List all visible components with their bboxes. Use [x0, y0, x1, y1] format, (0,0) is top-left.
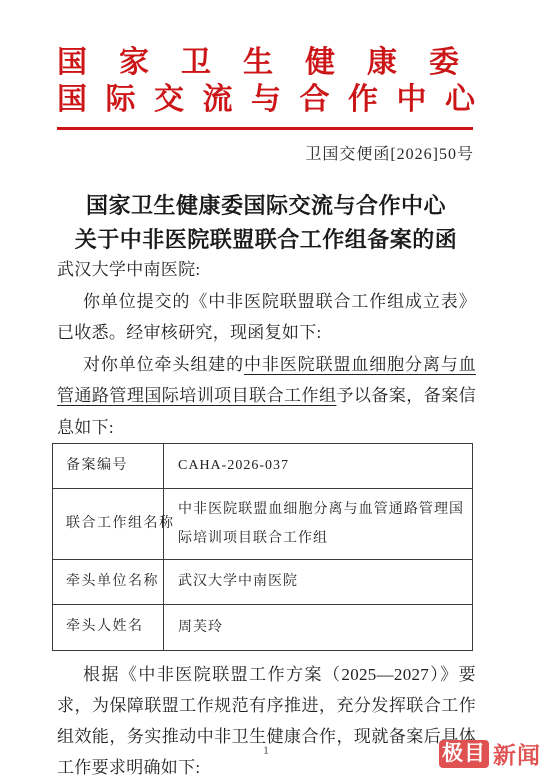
table-row: 牵头单位名称 武汉大学中南医院: [53, 559, 473, 604]
filing-number-value: CAHA-2026-037: [164, 444, 473, 489]
filing-table: 备案编号 CAHA-2026-037 联合工作组名称 中非医院联盟血细胞分离与血…: [52, 443, 473, 651]
letter-title-line1: 国家卫生健康委国际交流与合作中心: [57, 189, 475, 223]
jimu-news-watermark: 极目 新闻: [439, 737, 541, 770]
letter-title-line2: 关于中非医院联盟联合工作组备案的函: [57, 223, 475, 257]
official-letter-page: 国家卫生健康委 国际交流与合作中心 卫国交便函[2026]50号 国家卫生健康委…: [0, 0, 545, 778]
recipient-line: 武汉大学中南医院:: [57, 254, 476, 286]
lead-person-label: 牵头人姓名: [53, 604, 164, 650]
paragraph-1: 你单位提交的《中非医院联盟联合工作组成立表》已收悉。经审核研究，现函复如下:: [57, 286, 476, 349]
page-number: 1: [57, 743, 475, 758]
table-row: 备案编号 CAHA-2026-037: [53, 444, 473, 489]
jimu-news-badge: 极目: [439, 740, 489, 768]
lead-unit-value: 武汉大学中南医院: [164, 559, 473, 604]
paragraph-3: 根据《中非医院联盟工作方案（2025—2027）》要求，为保障联盟工作规范有序推…: [57, 659, 476, 778]
table-row: 牵头人姓名 周芙玲: [53, 604, 473, 650]
letterhead-line1: 国家卫生健康委: [57, 44, 459, 81]
letter-title: 国家卫生健康委国际交流与合作中心 关于中非医院联盟联合工作组备案的函: [57, 189, 475, 257]
letter-body: 武汉大学中南医院: 你单位提交的《中非医院联盟联合工作组成立表》已收悉。经审核研…: [57, 254, 476, 778]
doc-number: 卫国交便函[2026]50号: [57, 141, 474, 164]
filing-number-label: 备案编号: [53, 444, 164, 489]
paragraph-2-prefix: 对你单位牵头组建的: [83, 355, 244, 374]
table-row: 联合工作组名称 中非医院联盟血细胞分离与血管通路管理国际培训项目联合工作组: [53, 488, 473, 559]
workgroup-name-label: 联合工作组名称: [53, 488, 164, 559]
workgroup-name-value: 中非医院联盟血细胞分离与血管通路管理国际培训项目联合工作组: [164, 488, 473, 559]
letterhead-line2: 国际交流与合作中心: [57, 81, 475, 118]
paragraph-2: 对你单位牵头组建的中非医院联盟血细胞分离与血管通路管理国际培训项目联合工作组予以…: [57, 349, 476, 444]
jimu-news-wordmark: 新闻: [493, 737, 541, 770]
letterhead-rule: [57, 127, 473, 130]
lead-person-value: 周芙玲: [164, 604, 473, 650]
lead-unit-label: 牵头单位名称: [53, 559, 164, 604]
letterhead: 国家卫生健康委 国际交流与合作中心: [57, 44, 475, 130]
